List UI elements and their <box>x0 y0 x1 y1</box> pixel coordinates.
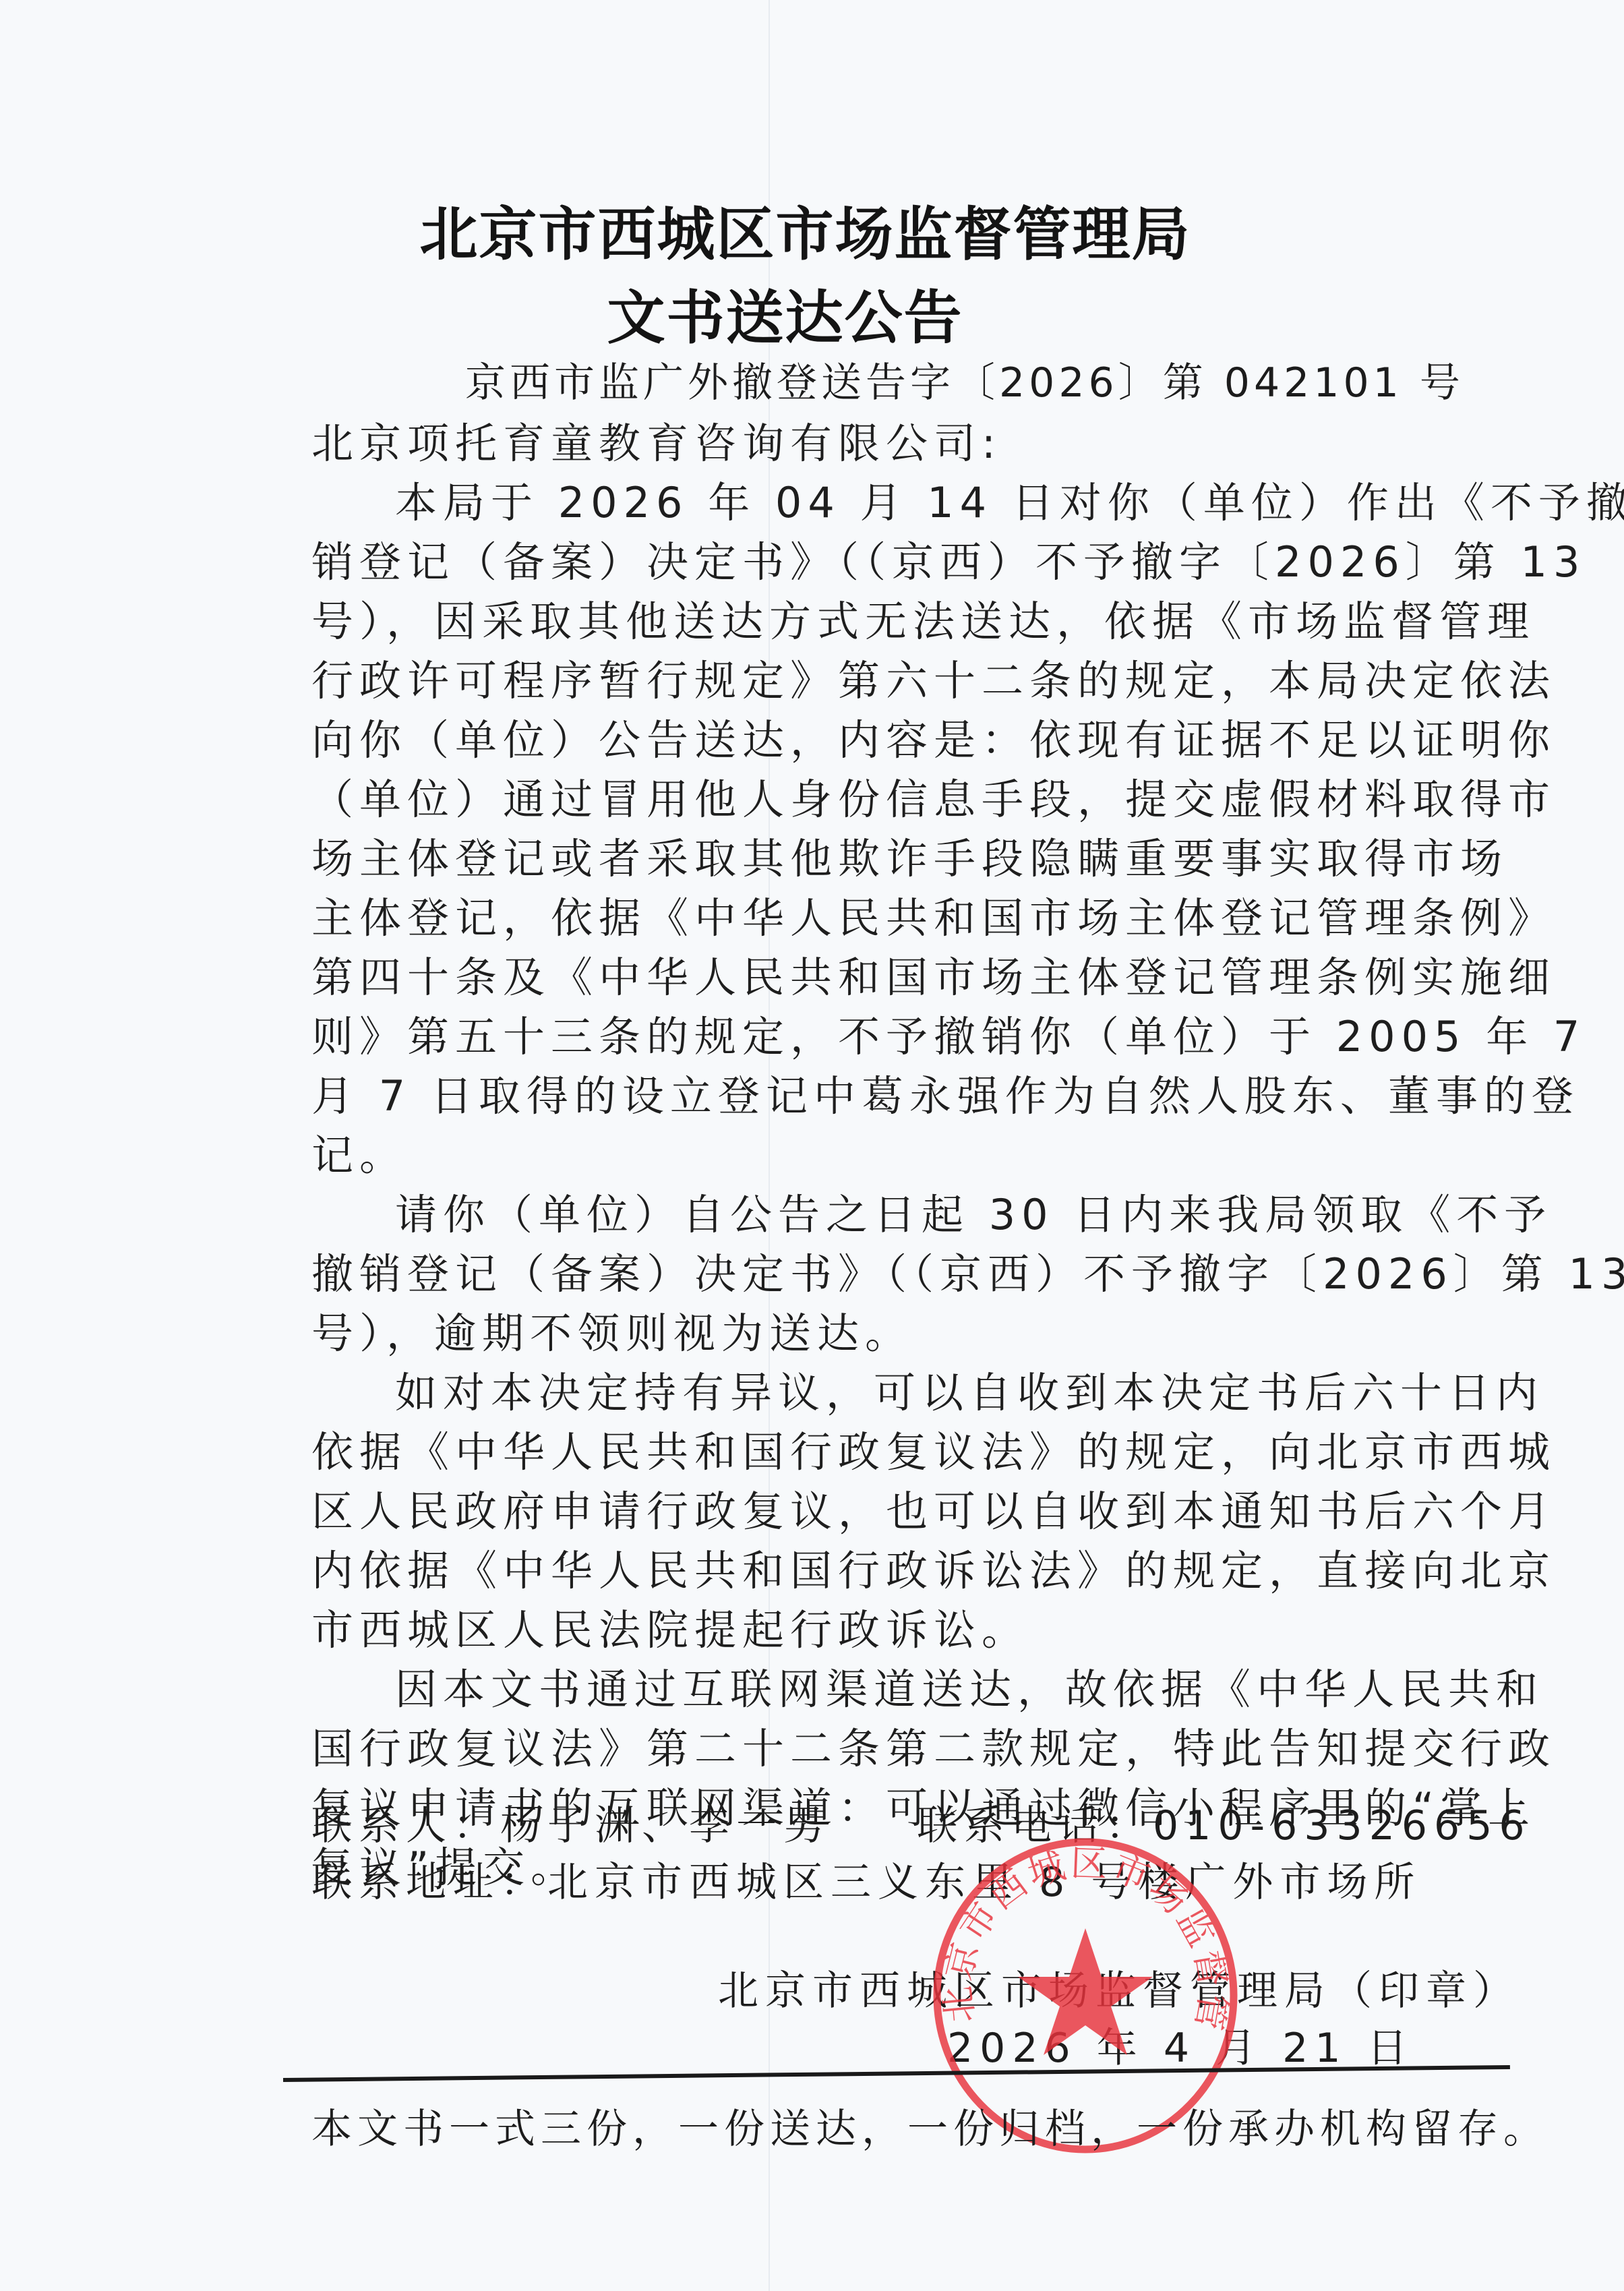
body-line: 行政许可程序暂行规定》第六十二条的规定，本局决定依法 <box>311 657 1484 705</box>
document-title-type: 文书送达公告 <box>0 271 1597 355</box>
footer-note: 本文书一式三份，一份送达，一份归档，一份承办机构留存。 <box>311 2097 1549 2155</box>
contact-address: 联系地址：北京市西城区三义东里 8 号楼广外市场所 <box>311 1850 1421 1908</box>
body-line: 如对本决定持有异议，可以自收到本决定书后六十日内 <box>311 1369 1568 1417</box>
body-line: 销登记（备案）决定书》（（京西）不予撤字〔2026〕第 13 <box>311 538 1484 587</box>
body-line: 国行政复议法》第二十二条第二款规定，特此告知提交行政 <box>311 1725 1484 1773</box>
contact-person: 联系人：杨子渊、李一男 <box>311 1793 831 1851</box>
body-line: 依据《中华人民共和国行政复议法》的规定，向北京市西城 <box>311 1428 1484 1477</box>
body-line: 场主体登记或者采取其他欺诈手段隐瞒重要事实取得市场 <box>311 835 1484 883</box>
signature-organization: 北京市西城区市场监督管理局（印章） <box>718 1959 1520 2017</box>
body-line: 号），因采取其他送达方式无法送达，依据《市场监督管理 <box>311 597 1484 646</box>
body-line: 记。 <box>311 1131 1484 1180</box>
body-line: 请你（单位）自公告之日起 30 日内来我局领取《不予 <box>311 1191 1568 1239</box>
body-line: 第四十条及《中华人民共和国市场主体登记管理条例实施细 <box>311 953 1484 1002</box>
document-number: 京西市监广外撤登送告字〔2026〕第 042101 号 <box>465 351 1464 409</box>
body-line: （单位）通过冒用他人身份信息手段，提交虚假材料取得市 <box>311 775 1484 824</box>
body-line: 撤销登记（备案）决定书》（（京西）不予撤字〔2026〕第 13 <box>311 1250 1484 1299</box>
body-line: 市西城区人民法院提起行政诉讼。 <box>311 1606 1484 1655</box>
signature-date: 2026 年 4 月 21 日 <box>947 2016 1414 2074</box>
body-line: 内依据《中华人民共和国行政诉讼法》的规定，直接向北京 <box>311 1547 1484 1595</box>
body-line: 则》第五十三条的规定，不予撤销你（单位）于 2005 年 7 <box>311 1013 1484 1061</box>
document-page: 北京市西城区市场监督管理局 文书送达公告 京西市监广外撤登送告字〔2026〕第 … <box>0 0 1624 2291</box>
body-line: 区人民政府申请行政复议，也可以自收到本通知书后六个月 <box>311 1487 1484 1536</box>
document-title-agency: 北京市西城区市场监督管理局 <box>0 187 1617 271</box>
body-line: 号），逾期不领则视为送达。 <box>311 1309 1484 1358</box>
contact-phone: 联系电话：010-63326656 <box>917 1793 1532 1851</box>
body-line: 向你（单位）公告送达，内容是：依现有证据不足以证明你 <box>311 716 1484 765</box>
addressee: 北京项托育童教育咨询有限公司: <box>311 419 1484 468</box>
body-line: 因本文书通过互联网渠道送达，故依据《中华人民共和 <box>311 1665 1568 1714</box>
body-line: 月 7 日取得的设立登记中葛永强作为自然人股东、董事的登 <box>311 1072 1484 1121</box>
body-line: 主体登记，依据《中华人民共和国市场主体登记管理条例》 <box>311 894 1484 943</box>
body-line: 本局于 2026 年 04 月 14 日对你（单位）作出《不予撤 <box>311 479 1568 527</box>
